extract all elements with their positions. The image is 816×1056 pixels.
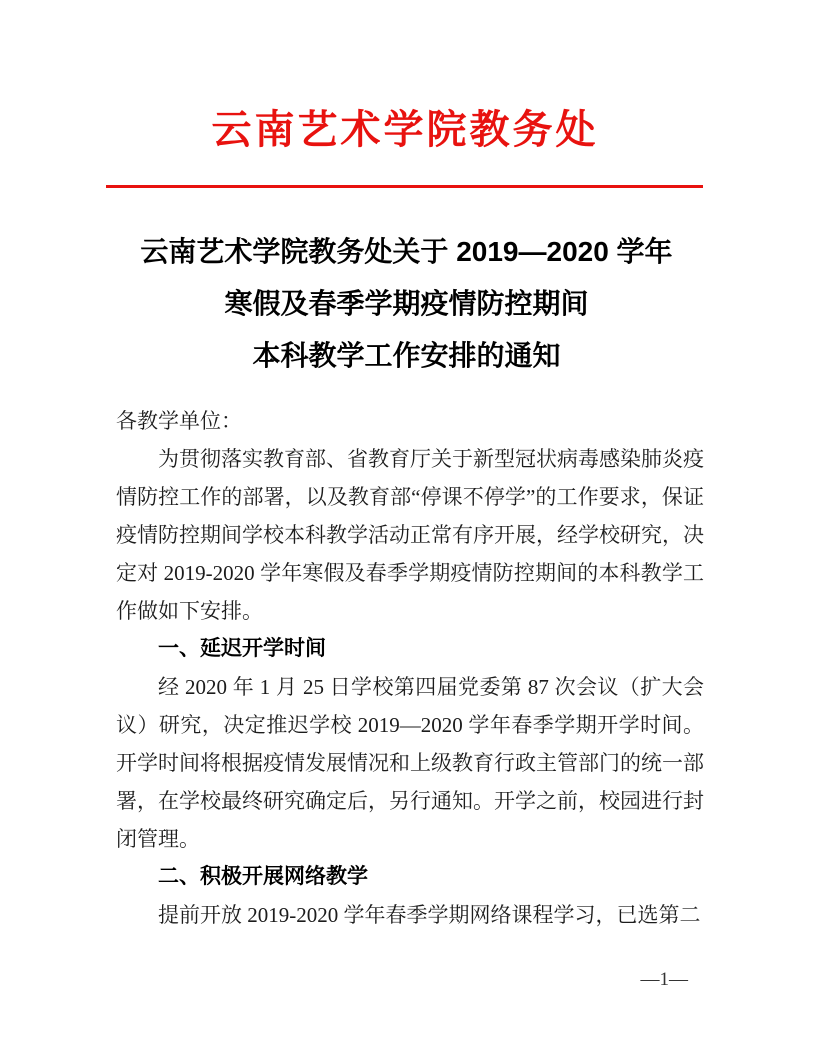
salutation: 各教学单位：: [116, 402, 704, 440]
section-heading-1: 一、延迟开学时间: [116, 630, 704, 668]
paragraph-section-2-truncated: 提前开放 2019-2020 学年春季学期网络课程学习，已选第二: [116, 896, 704, 934]
title-line-3: 本科教学工作安排的通知: [107, 330, 706, 382]
document-page: 云南艺术学院教务处 云南艺术学院教务处关于 2019—2020 学年 寒假及春季…: [0, 0, 816, 1056]
title-line-2: 寒假及春季学期疫情防控期间: [107, 278, 706, 330]
letterhead-org-name: 云南艺术学院教务处: [106, 106, 704, 154]
letterhead-divider-line: [106, 185, 703, 188]
paragraph-intro: 为贯彻落实教育部、省教育厅关于新型冠状病毒感染肺炎疫情防控工作的部署，以及教育部…: [116, 440, 704, 630]
document-title: 云南艺术学院教务处关于 2019—2020 学年 寒假及春季学期疫情防控期间 本…: [107, 226, 706, 382]
section-heading-2: 二、积极开展网络教学: [116, 858, 704, 896]
page-number: —1—: [641, 968, 689, 992]
document-body: 各教学单位： 为贯彻落实教育部、省教育厅关于新型冠状病毒感染肺炎疫情防控工作的部…: [116, 402, 704, 934]
title-line-1: 云南艺术学院教务处关于 2019—2020 学年: [107, 226, 706, 278]
paragraph-section-1: 经 2020 年 1 月 25 日学校第四届党委第 87 次会议（扩大会议）研究…: [116, 668, 704, 858]
